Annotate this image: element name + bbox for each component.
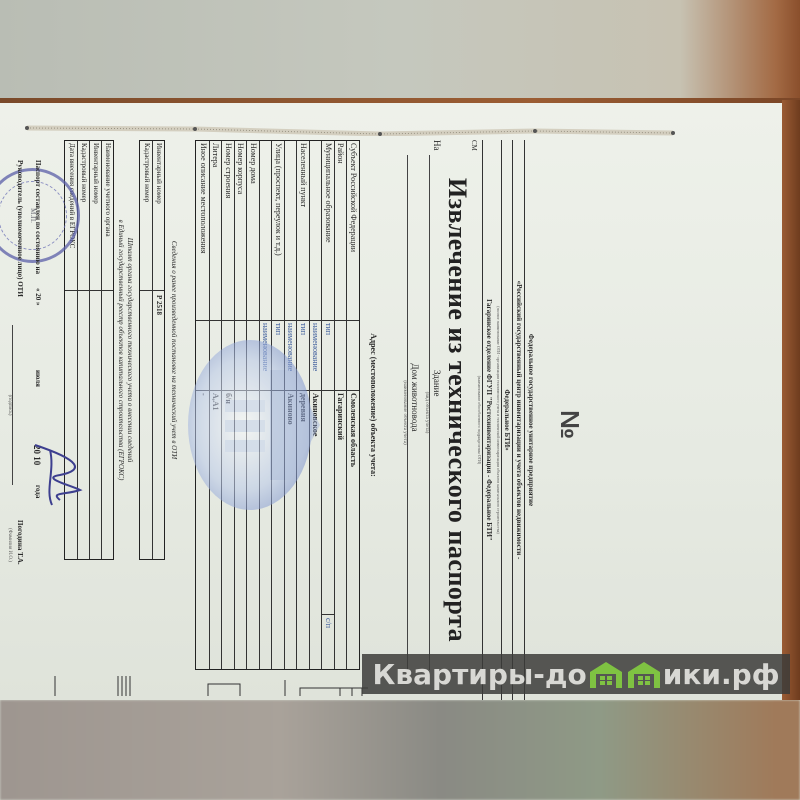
background-bottom xyxy=(0,700,800,800)
branch-caption: (наименование обособленного подразделени… xyxy=(477,140,482,700)
table-cell xyxy=(285,141,297,321)
table-cell: Муниципальное образование xyxy=(323,141,335,321)
footer-state-label: Паспорт составлен по состоянию на xyxy=(34,160,42,274)
background-top xyxy=(0,0,800,100)
watermark-banner: Квартиры-до ики.рф xyxy=(362,654,790,694)
table-row: Инвентарный номерР 2518 xyxy=(152,141,164,559)
house-icon xyxy=(588,660,624,688)
org-line-3: Федеральное БТИ» xyxy=(503,140,511,700)
table-cell: Район xyxy=(335,141,347,321)
egrox-heading-1: Штамп органа государственного техническо… xyxy=(126,140,134,560)
object-type-caption: (вид объекта учета) xyxy=(424,155,429,670)
binding-thread xyxy=(25,122,675,136)
table-cell: Населенный пункт xyxy=(298,141,310,321)
org-caption: (полное наименование ОТИ - организации т… xyxy=(496,140,501,700)
table-cell xyxy=(260,141,272,321)
object-name-caption: (наименование объекта учета) xyxy=(402,155,407,670)
table-edge-right xyxy=(782,100,800,700)
signer-name: Погодина Т.А. xyxy=(16,520,24,565)
table-cell xyxy=(140,291,152,559)
signature-caption: (подпись) xyxy=(7,325,12,485)
egrox-heading-2: в Единый государственный реестр объектов… xyxy=(117,140,125,560)
table-cell: Номер корпуса xyxy=(235,141,247,321)
house-icon xyxy=(626,660,662,688)
table-cell: Улица (проспект, переулок и т.д.) xyxy=(273,141,285,321)
divider xyxy=(512,140,513,700)
divider xyxy=(501,140,502,700)
org-line-2: «Российский государственный центр инвент… xyxy=(515,140,523,700)
object-name: Дом животновода xyxy=(410,140,420,655)
table-cell: Инвентарный номер xyxy=(90,141,101,291)
footer-head-label: Руководитель (уполномоченное лицо) ОТИ xyxy=(16,160,24,297)
table-cell: Наименование учетного органа xyxy=(102,141,113,291)
table-cell: Инвентарный номер xyxy=(153,141,164,291)
table-cell xyxy=(348,321,360,391)
prior-heading: Сведения о ранее произведенной постановк… xyxy=(170,140,178,560)
table-cell xyxy=(65,291,77,559)
table-cell xyxy=(310,141,322,321)
divider xyxy=(407,155,408,670)
table-cell: Смоленская область xyxy=(348,391,360,669)
table-cell: Р 2518 xyxy=(153,291,164,559)
table-cell xyxy=(102,291,113,559)
rotated-document: № Федеральное государственное унитарное … xyxy=(0,140,590,700)
na-label: На xyxy=(432,140,442,151)
floor-plan-fragment xyxy=(0,676,370,700)
table-row: Субъект Российской ФедерацииСмоленская о… xyxy=(347,141,360,669)
table-cell: Номер строения xyxy=(223,141,235,321)
object-type: Здание xyxy=(432,370,442,397)
address-heading: Адрес (местоположение) объекта учета: xyxy=(369,140,378,670)
signature xyxy=(30,440,90,510)
table-row: Инвентарный номер xyxy=(89,141,101,559)
divider xyxy=(429,155,430,670)
emblem-watermark xyxy=(180,330,340,520)
branch-line: Гагаринское отделение ФГУП "Ростехинвент… xyxy=(485,140,493,700)
table-cell: с/п xyxy=(323,614,335,669)
watermark-text-start: Квартиры-до xyxy=(373,658,587,691)
table-cell: Литера xyxy=(210,141,222,321)
number-sign: № xyxy=(554,410,585,439)
table-cell: Кадастровый номер xyxy=(140,141,152,291)
table-cell xyxy=(78,291,89,559)
table-cell: Иное описание местоположения xyxy=(197,141,210,321)
signer-caption: (Фамилия И.О.) xyxy=(7,500,12,590)
table-row: Кадастровый номер xyxy=(140,141,152,559)
table-cell: Номер дома xyxy=(248,141,260,321)
watermark-text-end: ики.рф xyxy=(663,658,780,691)
table-row: Наименование учетного органа xyxy=(101,141,113,559)
org-line-1: Федеральное государственное унитарное пр… xyxy=(527,140,535,700)
document-title: Извлечение из технического паспорта xyxy=(442,140,472,680)
footer-day: « 20 » xyxy=(34,288,42,306)
signature-line xyxy=(12,325,13,485)
prior-registration-table: Инвентарный номерР 2518Кадастровый номер xyxy=(139,140,165,560)
footer-month: июля xyxy=(34,370,42,387)
table-cell xyxy=(90,291,101,559)
table-cell: Субъект Российской Федерации xyxy=(348,141,360,321)
divider xyxy=(524,140,525,700)
divider xyxy=(482,140,483,700)
